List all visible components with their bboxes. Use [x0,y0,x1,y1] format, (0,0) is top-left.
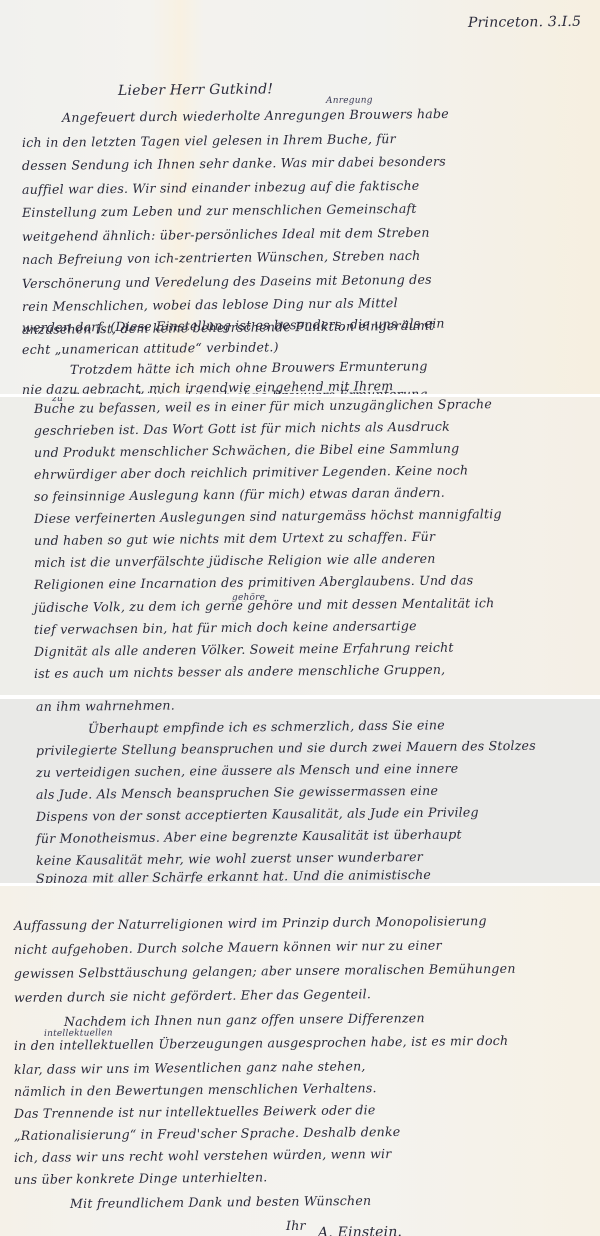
letter-line: nicht aufgehoben. Durch solche Mauern kö… [14,940,442,957]
letter-line: werden durch sie nicht gefördert. Eher d… [14,988,371,1004]
letter-line: Trotzdem hätte ich mich ohne Brouwers Er… [70,360,428,376]
closing: Mit freundlichem Dank und besten Wünsche… [70,1195,371,1211]
letter-line: nie dazu gebracht, mich irgendwie eingeh… [22,380,393,394]
letter-line: Auffassung der Naturreligionen wird im P… [14,915,487,933]
letter-line: nämlich in den Bewertungen menschlichen … [14,1082,377,1098]
letter-line: als Jude. Als Mensch beanspruchen Sie ge… [36,785,438,802]
letter-line: privilegierte Stellung beanspruchen und … [36,740,536,758]
letter-line: Angefeuert durch wiederholte Anregungen … [62,108,449,125]
letter-line: Dignität als alle anderen Völker. Soweit… [34,642,454,659]
letter-fragment-3: an ihm wahrnehmen. Überhaupt empfinde ic… [0,699,600,883]
letter-line: so feinsinnige Auslegung kann (für mich)… [34,487,445,504]
letter-line: dessen Sendung ich Ihnen sehr danke. Was… [22,156,446,173]
letter-line: und Produkt menschlicher Schwächen, die … [34,443,460,460]
letter-line: weitgehend ähnlich: über-persönliches Id… [22,227,430,244]
letter-line: Einstellung zum Leben und zur menschlich… [22,203,417,220]
letter-line: Spinoza mit aller Schärfe erkannt hat. U… [36,869,431,883]
letter-line: Verschönerung und Veredelung des Daseins… [22,274,432,291]
letter-line: und haben so gut wie nichts mit dem Urte… [34,531,435,548]
letter-fragment-2: zu Buche zu befassen, weil es in einer f… [0,397,600,695]
letter-line: für Monotheismus. Aber eine begrenzte Ka… [36,829,462,846]
letter-line: ist es auch um nichts besser als andere … [34,664,445,681]
letter-line: in den intellektuellen Überzeugungen aus… [14,1035,508,1053]
letter-line: ich, dass wir uns recht wohl verstehen w… [14,1148,392,1165]
letter-line: Dispens von der sonst acceptierten Kausa… [36,806,479,823]
letter-line: ehrwürdiger aber doch reichlich primitiv… [34,464,468,481]
letter-line: zu verteidigen suchen, eine äussere als … [36,763,459,780]
letter-line: echt „unamerican attitude“ verbindet.) [22,341,279,356]
signature-prefix: Ihr [286,1220,306,1233]
letter-line: mich ist die unverfälschte jüdische Reli… [34,553,436,570]
letter-line: „Rationalisierung“ in Freud'scher Sprach… [14,1126,401,1143]
letter-line: geschrieben ist. Das Wort Gott ist für m… [34,421,450,438]
interlinear-insertion: Anregung [326,97,373,106]
letter-fragment-1: Princeton. 3.I.5 Lieber Herr Gutkind! An… [0,0,600,394]
letter-line: uns über konkrete Dinge unterhielten. [14,1171,268,1186]
letter-line: Diese verfeinerten Auslegungen sind natu… [34,508,502,525]
letter-line: Buche zu befassen, weil es in einer für … [34,398,492,415]
letter-line: klar, dass wir uns im Wesentlichen ganz … [14,1060,366,1076]
letter-line: auffiel war dies. Wir sind einander inbe… [22,180,420,197]
bleed-through-text [330,42,334,55]
salutation: Lieber Herr Gutkind! [118,82,273,98]
letter-line: Nachdem ich Ihnen nun ganz offen unsere … [64,1012,425,1028]
letter-line: Überhaupt empfinde ich es schmerzlich, d… [88,719,445,735]
letter-line: rein Menschlichen, wobei das leblose Din… [22,297,398,314]
letter-line: ich in den letzten Tagen viel gelesen in… [22,133,396,150]
letter-line: jüdische Volk, zu dem ich gerne gehöre u… [34,597,495,614]
letter-line: Religionen eine Incarnation des primitiv… [34,574,473,591]
letter-line: nach Befreiung von ich-zentrierten Wünsc… [22,250,421,267]
letter-line: gewissen Selbsttäuschung gelangen; aber … [14,963,516,981]
letter-line: keine Kausalität mehr, wie wohl zuerst u… [36,851,423,868]
letter-line: tief verwachsen bin, hat für mich doch k… [34,620,417,637]
letter-line: Das Trennende ist nur intellektuelles Be… [14,1104,376,1120]
signature: A. Einstein. [318,1225,402,1236]
place-date: Princeton. 3.I.5 [468,15,581,30]
letter-line: an ihm wahrnehmen. [36,700,175,714]
letter-fragment-4: Auffassung der Naturreligionen wird im P… [0,886,600,1236]
